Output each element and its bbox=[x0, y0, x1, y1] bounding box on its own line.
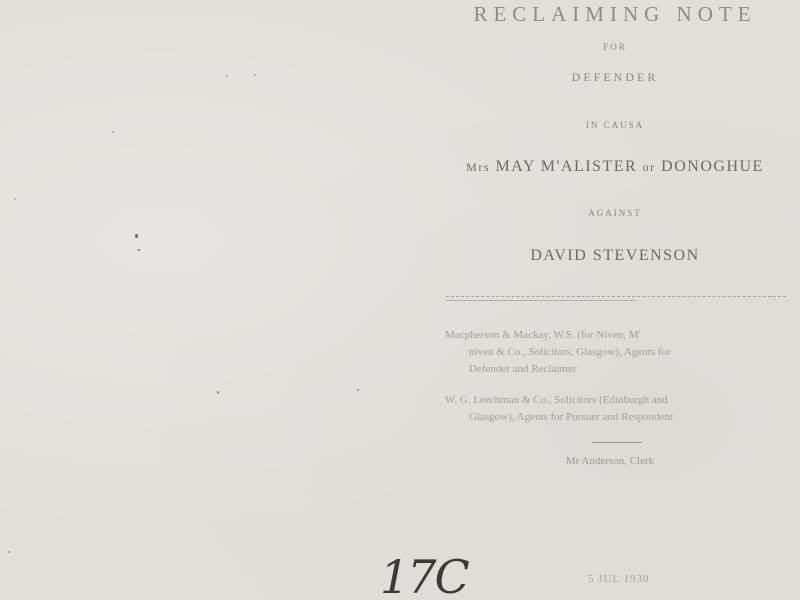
date-stamp: 5 JUL 1930 bbox=[588, 573, 650, 585]
handwritten-annotation: 17C bbox=[380, 550, 468, 600]
defender-agents: Macpherson & Mackay, W.S. (for Niven, M'… bbox=[445, 327, 790, 378]
divider-rule bbox=[446, 296, 786, 297]
pursuer-agents: W. G. Leechman & Co., Solicitors (Edinbu… bbox=[445, 392, 790, 426]
paper-speck bbox=[217, 391, 219, 394]
party-role: DEFENDER bbox=[440, 70, 790, 85]
defender-name: DAVID STEVENSON bbox=[440, 247, 790, 265]
against-label: AGAINST bbox=[440, 208, 790, 218]
paper-speck bbox=[357, 389, 359, 391]
paper-speck bbox=[135, 234, 138, 238]
paper-speck bbox=[226, 75, 228, 77]
short-divider bbox=[592, 442, 642, 443]
pursuer-surname: DONOGHUE bbox=[661, 158, 764, 175]
agents-line: niven & Co., Solicitors, Glasgow), Agent… bbox=[445, 344, 790, 361]
scanned-document-page: RECLAIMING NOTE FOR DEFENDER IN CAUSA Mr… bbox=[0, 0, 800, 600]
agents-line: W. G. Leechman & Co., Solicitors (Edinbu… bbox=[445, 394, 668, 406]
in-causa-label: IN CAUSA bbox=[440, 120, 790, 130]
pursuer-connector: or bbox=[643, 160, 656, 174]
margin-mark: ·: bbox=[770, 292, 776, 302]
paper-speck bbox=[14, 198, 16, 200]
for-label: FOR bbox=[440, 42, 790, 52]
paper-speck bbox=[112, 131, 114, 133]
agents-line: Macpherson & Mackay, W.S. (for Niven, M' bbox=[445, 329, 641, 341]
paper-speck bbox=[138, 249, 140, 251]
pursuer-prefix: Mrs bbox=[466, 160, 490, 174]
paper-speck bbox=[8, 551, 10, 553]
clerk-line: Mr Anderson, Clerk bbox=[440, 455, 780, 467]
agents-line: Defender and Reclaimer bbox=[445, 361, 790, 378]
document-title: RECLAIMING NOTE bbox=[440, 2, 790, 27]
agents-line: Glasgow), Agents for Pursuer and Respond… bbox=[445, 409, 790, 426]
pursuer-name: Mrs MAY M'ALISTER or DONOGHUE bbox=[440, 158, 790, 176]
pursuer-given-name: MAY M'ALISTER bbox=[496, 158, 638, 175]
paper-speck bbox=[254, 74, 256, 76]
divider-rule-secondary bbox=[446, 300, 636, 301]
